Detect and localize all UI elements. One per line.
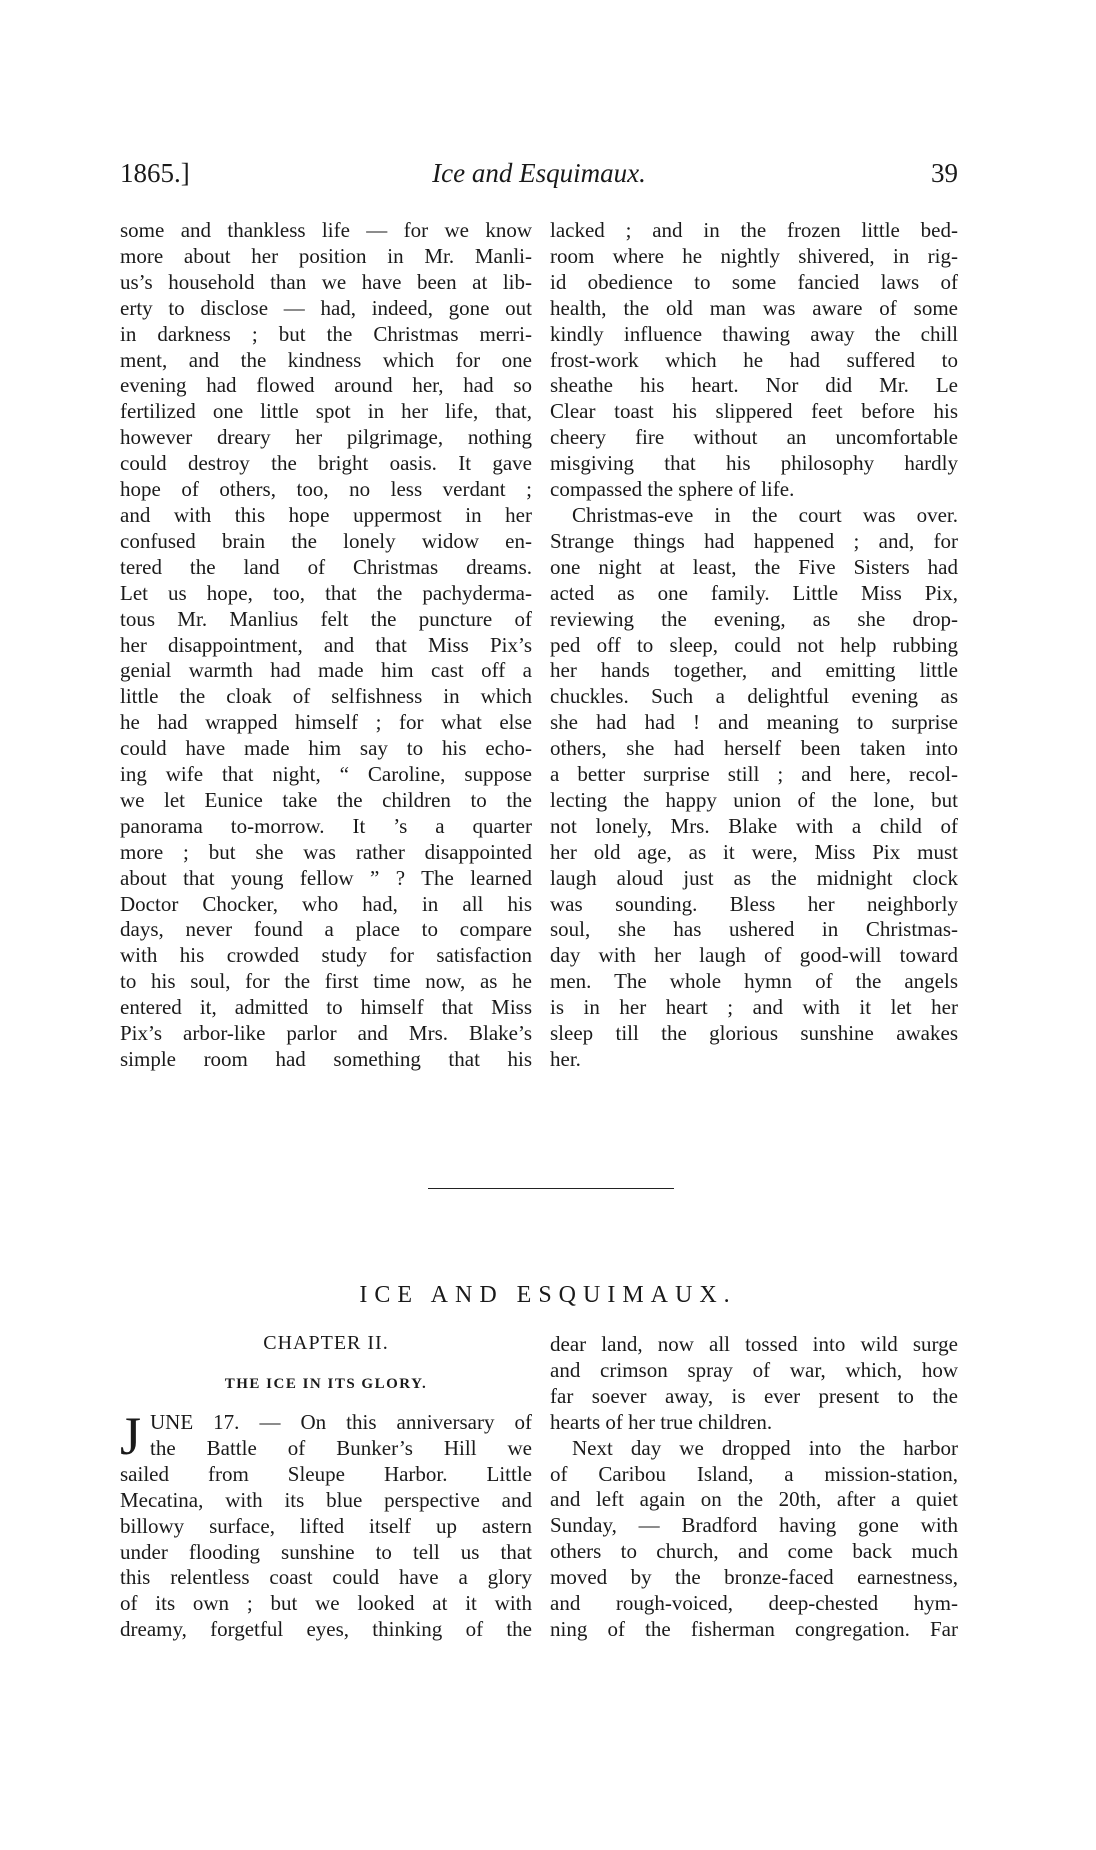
text-line: to his soul, for the first time now, as …	[120, 969, 532, 995]
text-line: this relentless coast could have a glory	[120, 1565, 532, 1591]
text-line: and rough-voiced, deep-chested hym-	[550, 1591, 958, 1617]
text-line: sheathe his heart. Nor did Mr. Le	[550, 373, 958, 399]
text-line: id obedience to some fancied laws of	[550, 270, 958, 296]
chapter-heading: CHAPTER II.	[120, 1332, 532, 1355]
text-line: Strange things had happened ; and, for	[550, 529, 958, 555]
running-header: 1865.] Ice and Esquimaux. 39	[120, 158, 958, 198]
text-line: Mecatina, with its blue perspective and	[120, 1488, 532, 1514]
text-line: about that young fellow ” ? The learned	[120, 866, 532, 892]
text-line: day with her laugh of good-will toward	[550, 943, 958, 969]
text-line: entered it, admitted to himself that Mis…	[120, 995, 532, 1021]
chapter-subtitle: THE ICE IN ITS GLORY.	[120, 1376, 532, 1393]
text-line: ing wife that night, “ Caroline, suppose	[120, 762, 532, 788]
text-line: dreamy, forgetful eyes, thinking of the	[120, 1617, 532, 1643]
text-line: health, the old man was aware of some	[550, 296, 958, 322]
text-line: men. The whole hymn of the angels	[550, 969, 958, 995]
text-line: some and thankless life — for we know	[120, 218, 532, 244]
text-line: frost-work which he had suffered to	[550, 348, 958, 374]
text-line: simple room had something that his	[120, 1047, 532, 1073]
section-divider-rule	[428, 1188, 674, 1189]
text-line: however dreary her pilgrimage, nothing	[120, 425, 532, 451]
text-line: UNE 17. — On this anniversary of	[120, 1410, 532, 1436]
top-left-column: some and thankless life — for we knowmor…	[120, 218, 532, 1073]
text-line: her old age, as it were, Miss Pix must	[550, 840, 958, 866]
text-line: compassed the sphere of life.	[550, 477, 958, 503]
text-line: in darkness ; but the Christmas merri-	[120, 322, 532, 348]
top-right-column: lacked ; and in the frozen little bed-ro…	[550, 218, 958, 1073]
text-line: under flooding sunshine to tell us that	[120, 1540, 532, 1566]
text-line: cheery fire without an uncomfortable	[550, 425, 958, 451]
text-line: of its own ; but we looked at it with	[120, 1591, 532, 1617]
text-line: more ; but she was rather disappointed	[120, 840, 532, 866]
text-line: and left again on the 20th, after a quie…	[550, 1487, 958, 1513]
text-line: erty to disclose — had, indeed, gone out	[120, 296, 532, 322]
text-line: ment, and the kindness which for one	[120, 348, 532, 374]
text-line: room where he nightly shivered, in rig-	[550, 244, 958, 270]
text-line: was sounding. Bless her neighborly	[550, 892, 958, 918]
text-line: dear land, now all tossed into wild surg…	[550, 1332, 958, 1358]
text-line: hope of others, too, no less verdant ;	[120, 477, 532, 503]
text-line: she had had ! and meaning to surprise	[550, 710, 958, 736]
text-line: reviewing the evening, as she drop-	[550, 607, 958, 633]
article-title: ICE AND ESQUIMAUX.	[0, 1282, 1096, 1309]
text-line: ped off to sleep, could not help rubbing	[550, 633, 958, 659]
text-line: sailed from Sleupe Harbor. Little	[120, 1462, 532, 1488]
text-line: could have made him say to his echo-	[120, 736, 532, 762]
text-line: Pix’s arbor-like parlor and Mrs. Blake’s	[120, 1021, 532, 1047]
text-line: tous Mr. Manlius felt the puncture of	[120, 607, 532, 633]
text-line: ning of the fisherman congregation. Far	[550, 1617, 958, 1643]
text-line: and crimson spray of war, which, how	[550, 1358, 958, 1384]
text-line: acted as one family. Little Miss Pix,	[550, 581, 958, 607]
text-line: Christmas-eve in the court was over.	[550, 503, 958, 529]
text-line: little the cloak of selfishness in which	[120, 684, 532, 710]
text-line: we let Eunice take the children to the	[120, 788, 532, 814]
text-line: genial warmth had made him cast off a	[120, 658, 532, 684]
text-line: kindly influence thawing away the chill	[550, 322, 958, 348]
text-line: tered the land of Christmas dreams.	[120, 555, 532, 581]
text-line: one night at least, the Five Sisters had	[550, 555, 958, 581]
text-line: confused brain the lonely widow en-	[120, 529, 532, 555]
text-line: others to church, and come back much	[550, 1539, 958, 1565]
text-line: lacked ; and in the frozen little bed-	[550, 218, 958, 244]
text-line: Clear toast his slippered feet before hi…	[550, 399, 958, 425]
text-line: moved by the bronze-faced earnestness,	[550, 1565, 958, 1591]
text-line: not lonely, Mrs. Blake with a child of	[550, 814, 958, 840]
text-line: he had wrapped himself ; for what else	[120, 710, 532, 736]
text-line: and with this hope uppermost in her	[120, 503, 532, 529]
text-line: is in her heart ; and with it let her	[550, 995, 958, 1021]
text-line: fertilized one little spot in her life, …	[120, 399, 532, 425]
text-line: Doctor Chocker, who had, in all his	[120, 892, 532, 918]
text-line: others, she had herself been taken into	[550, 736, 958, 762]
text-line: us’s household than we have been at lib-	[120, 270, 532, 296]
header-title: Ice and Esquimaux.	[120, 158, 958, 189]
text-line: days, never found a place to compare	[120, 917, 532, 943]
text-line: lecting the happy union of the lone, but	[550, 788, 958, 814]
article-left-column: J UNE 17. — On this anniversary ofthe Ba…	[120, 1410, 532, 1643]
text-line: could destroy the bright oasis. It gave	[120, 451, 532, 477]
page-number: 39	[931, 158, 958, 189]
drop-cap: J	[120, 1412, 141, 1460]
text-line: chuckles. Such a delightful evening as	[550, 684, 958, 710]
text-line: her disappointment, and that Miss Pix’s	[120, 633, 532, 659]
text-line: panorama to-morrow. It ’s a quarter	[120, 814, 532, 840]
text-line: billowy surface, lifted itself up astern	[120, 1514, 532, 1540]
text-line: far soever away, is ever present to the	[550, 1384, 958, 1410]
text-line: soul, she has ushered in Christmas-	[550, 917, 958, 943]
text-line: Next day we dropped into the harbor	[550, 1436, 958, 1462]
text-line: laugh aloud just as the midnight clock	[550, 866, 958, 892]
text-line: with his crowded study for satisfaction	[120, 943, 532, 969]
article-right-column: dear land, now all tossed into wild surg…	[550, 1332, 958, 1643]
text-line: her hands together, and emitting little	[550, 658, 958, 684]
text-line: more about her position in Mr. Manli-	[120, 244, 532, 270]
text-line: the Battle of Bunker’s Hill we	[120, 1436, 532, 1462]
text-line: misgiving that his philosophy hardly	[550, 451, 958, 477]
text-line: of Caribou Island, a mission-station,	[550, 1462, 958, 1488]
text-line: Sunday, — Bradford having gone with	[550, 1513, 958, 1539]
text-line: evening had flowed around her, had so	[120, 373, 532, 399]
text-line: her.	[550, 1047, 958, 1073]
text-line: hearts of her true children.	[550, 1410, 958, 1436]
text-line: a better surprise still ; and here, reco…	[550, 762, 958, 788]
text-line: sleep till the glorious sunshine awakes	[550, 1021, 958, 1047]
text-line: Let us hope, too, that the pachyderma-	[120, 581, 532, 607]
